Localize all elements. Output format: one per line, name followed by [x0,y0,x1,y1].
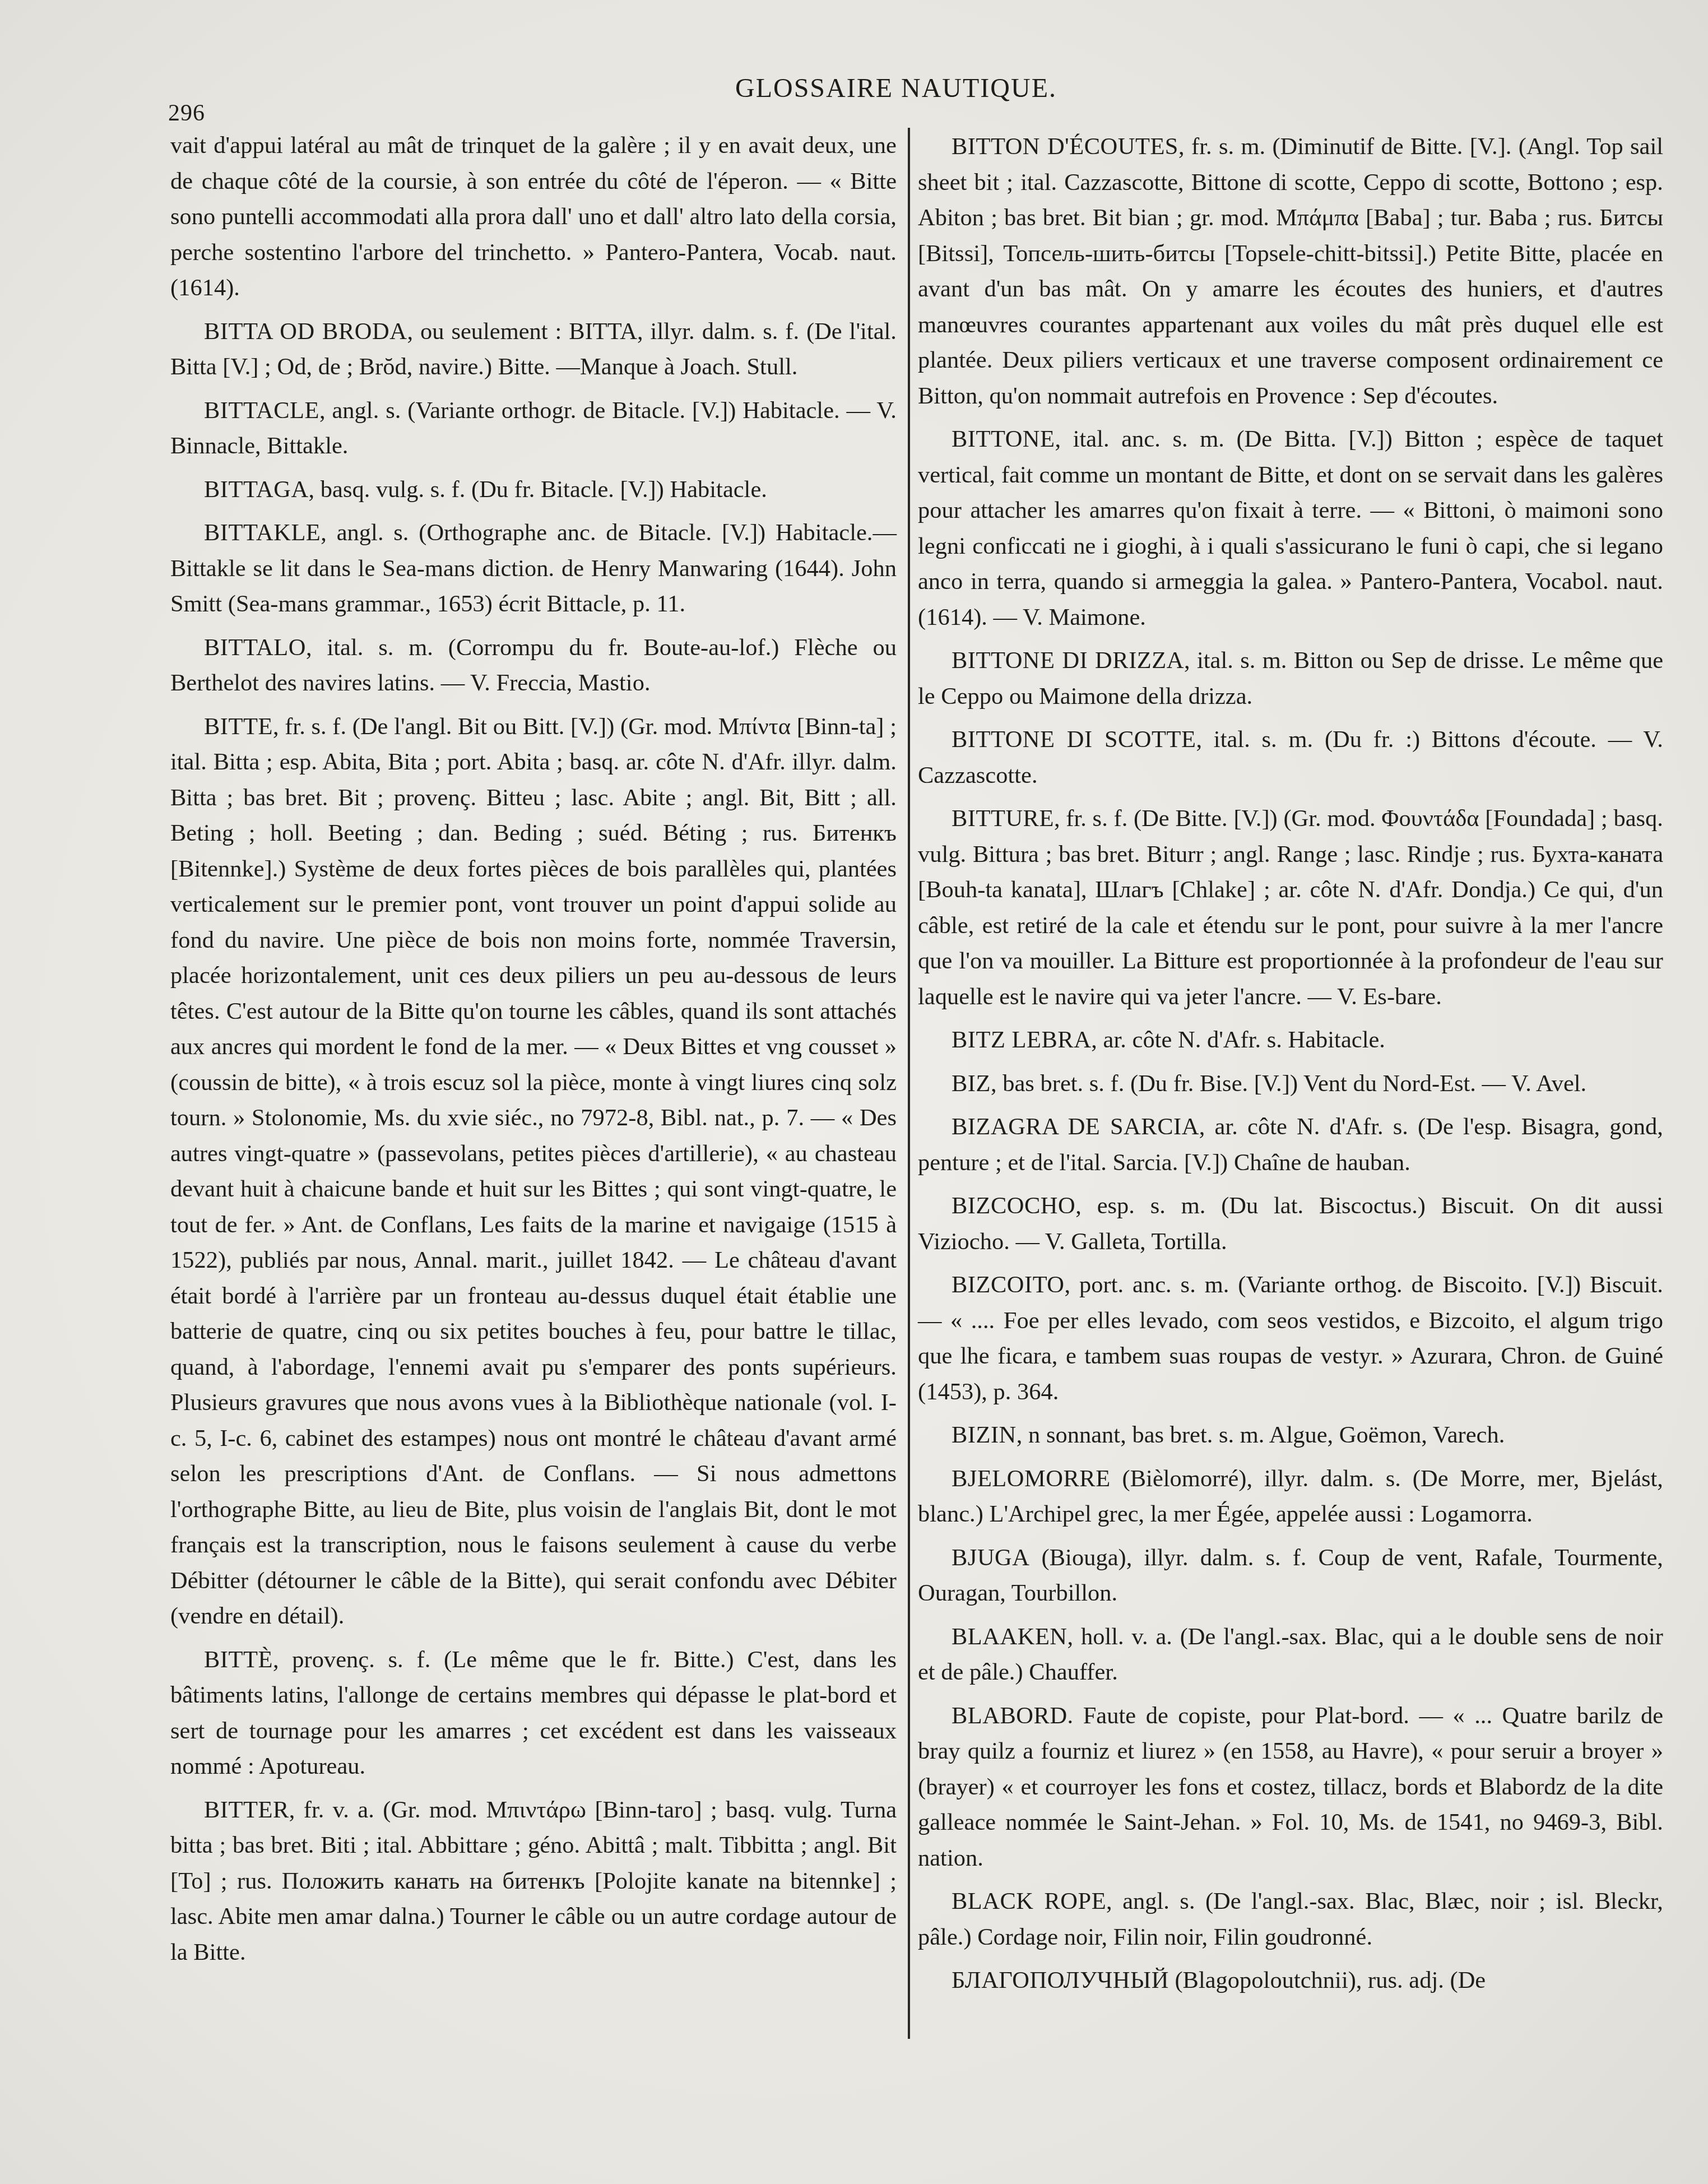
entry-black-rope: BLACK ROPE, angl. s. (De l'angl.-sax. Bl… [918,1884,1663,1955]
entry-bittone-di-scotte: BITTONE DI SCOTTE, ital. s. m. (Du fr. :… [918,722,1663,793]
headword: BIZCOITO [952,1272,1065,1298]
headword: BITTONE [952,426,1055,452]
entry-text: , ar. côte N. d'Afr. s. Habitacle. [1091,1027,1385,1053]
entry-text: , provenç. s. f. (Le même que le fr. Bit… [170,1647,897,1780]
entry-bitz-lebra: BITZ LEBRA, ar. côte N. d'Afr. s. Habita… [918,1022,1663,1058]
entry-text: , fr. s. m. (Diminutif de Bitte. [V.]. (… [918,133,1663,409]
entry-continuation: vait d'appui latéral au mât de trinquet … [170,128,897,306]
headword: BITTÈ [204,1647,273,1673]
entry-bittacle: BITTACLE, angl. s. (Variante orthogr. de… [170,393,897,464]
entry-bittone-di-drizza: BITTONE DI DRIZZA, ital. s. m. Bitton ou… [918,643,1663,714]
entry-bjuga: BJUGA (Biouga), illyr. dalm. s. f. Coup … [918,1540,1663,1611]
headword: БЛАГОПОЛУЧНЫЙ [952,1967,1169,1993]
headword: BITTONE DI DRIZZA [952,647,1184,674]
dictionary-page: 296 GLOSSAIRE NAUTIQUE. vait d'appui lat… [0,0,1708,2184]
entry-biz: BIZ, bas bret. s. f. (Du fr. Bise. [V.])… [918,1066,1663,1102]
headword: BITTER [204,1797,289,1823]
headword: BIZIN [952,1422,1017,1448]
column-divider [908,128,910,2039]
headword: BITTON D'ÉCOUTES [952,133,1178,160]
headword: BITTACLE [204,397,319,424]
entry-bitte: BITTE, fr. s. f. (De l'angl. Bit ou Bitt… [170,709,897,1634]
headword: BITTE [204,713,273,740]
entry-text: , fr. s. f. (De Bitte. [V.]) (Gr. mod. Φ… [918,805,1663,1010]
headword: BITTONE DI SCOTTE [952,726,1196,753]
headword: BITTURE [952,805,1054,832]
running-title: GLOSSAIRE NAUTIQUE. [735,73,1057,104]
page-number: 296 [168,100,205,127]
entry-text: (Biouga), illyr. dalm. s. f. Coup de ven… [918,1545,1663,1607]
entry-bittalo: BITTALO, ital. s. m. (Corrompu du fr. Bo… [170,630,897,701]
entry-bitter: BITTER, fr. v. a. (Gr. mod. Μπιντάρω [Bi… [170,1792,897,1970]
headword: BLACK ROPE [952,1888,1106,1914]
entry-bizcoito: BIZCOITO, port. anc. s. m. (Variante ort… [918,1267,1663,1409]
entry-text: (Blagopoloutchnii), rus. adj. (De [1169,1967,1486,1993]
headword: BIZAGRA DE SARCIA [952,1114,1199,1140]
headword: BITTAGA [204,476,309,503]
headword: BIZ [952,1070,991,1097]
entry-bizcocho: BIZCOCHO, esp. s. m. (Du lat. Biscoctus.… [918,1188,1663,1259]
headword: BLABORD [952,1703,1067,1729]
headword: BLAAKEN [952,1624,1067,1650]
right-column: BITTON D'ÉCOUTES, fr. s. m. (Diminutif d… [918,129,1663,2006]
headword: BJUGA [952,1545,1029,1571]
headword: BJELOMORRE [952,1466,1111,1492]
entry-bitture: BITTURE, fr. s. f. (De Bitte. [V.]) (Gr.… [918,801,1663,1014]
entry-bjelomorre: BJELOMORRE (Bièlomorré), illyr. dalm. s.… [918,1461,1663,1532]
headword: BITTA OD BRODA [204,318,407,345]
entry-text: , bas bret. s. f. (Du fr. Bise. [V.]) Ve… [991,1070,1586,1097]
entry-blagopoloutchnii: БЛАГОПОЛУЧНЫЙ (Blagopoloutchnii), rus. a… [918,1963,1663,1998]
entry-text: vait d'appui latéral au mât de trinquet … [170,132,897,301]
entry-bitta-od-broda: BITTA OD BRODA, ou seulement : BITTA, il… [170,314,897,385]
headword: BITZ LEBRA [952,1027,1091,1053]
entry-bitton-decoutes: BITTON D'ÉCOUTES, fr. s. m. (Diminutif d… [918,129,1663,414]
headword: BIZCOCHO [952,1193,1075,1219]
entry-text: , n sonnant, bas bret. s. m. Algue, Goëm… [1017,1422,1505,1448]
entry-bizagra-de-sarcia: BIZAGRA DE SARCIA, ar. côte N. d'Afr. s.… [918,1109,1663,1180]
entry-blabord: BLABORD. Faute de copiste, pour Plat-bor… [918,1698,1663,1876]
entry-text: , basq. vulg. s. f. (Du fr. Bitacle. [V.… [309,476,767,503]
entry-blaaken: BLAAKEN, holl. v. a. (De l'angl.-sax. Bl… [918,1619,1663,1690]
entry-bittaga: BITTAGA, basq. vulg. s. f. (Du fr. Bitac… [170,472,897,508]
headword: BITTALO [204,634,306,661]
left-column: vait d'appui latéral au mât de trinquet … [170,128,897,1978]
entry-bitte-provenc: BITTÈ, provenç. s. f. (Le même que le fr… [170,1642,897,1784]
entry-text: , fr. s. f. (De l'angl. Bit ou Bitt. [V.… [170,713,897,1630]
entry-bittone: BITTONE, ital. anc. s. m. (De Bitta. [V.… [918,421,1663,635]
entry-text: , ital. anc. s. m. (De Bitta. [V.]) Bitt… [918,426,1663,630]
headword: BITTAKLE [204,520,321,546]
entry-bittakle: BITTAKLE, angl. s. (Orthographe anc. de … [170,515,897,622]
entry-bizin: BIZIN, n sonnant, bas bret. s. m. Algue,… [918,1417,1663,1453]
